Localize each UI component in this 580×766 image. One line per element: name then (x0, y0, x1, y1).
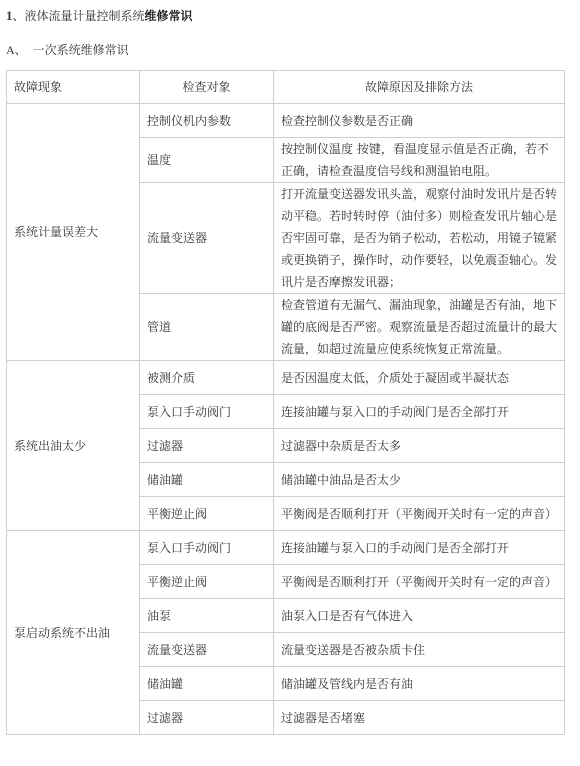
table-row: 系统出油太少 被测介质 是否因温度太低，介质处于凝固或半凝状态 (7, 361, 565, 395)
header-check-object: 检查对象 (140, 71, 274, 104)
symptom-cell: 系统出油太少 (7, 361, 140, 531)
check-object-cell: 泵入口手动阀门 (140, 395, 274, 429)
check-object-cell: 流量变送器 (140, 633, 274, 667)
method-cell: 检查控制仪参数是否正确 (274, 104, 565, 138)
method-cell: 过滤器中杂质是否太多 (274, 429, 565, 463)
method-cell: 打开流量变送器发讯头盖，观察付油时发讯片是否转动平稳。若时转时停（油付多）则检查… (274, 183, 565, 294)
method-cell: 储油罐中油品是否太少 (274, 463, 565, 497)
method-cell: 按控制仪温度 按键，看温度显示值是否正确，若不正确，请检查温度信号线和测温铂电阻… (274, 138, 565, 183)
check-object-cell: 流量变送器 (140, 183, 274, 294)
section-heading: 1、液体流量计量控制系统维修常识 (6, 6, 193, 26)
check-object-cell: 储油罐 (140, 463, 274, 497)
subsection-title: 一次系统维修常识 (33, 43, 129, 57)
check-object-cell: 管道 (140, 294, 274, 361)
check-object-cell: 温度 (140, 138, 274, 183)
check-object-cell: 被测介质 (140, 361, 274, 395)
subsection-letter: A、 (6, 43, 27, 57)
method-cell: 是否因温度太低，介质处于凝固或半凝状态 (274, 361, 565, 395)
method-cell: 油泵入口是否有气体进入 (274, 599, 565, 633)
check-object-cell: 平衡逆止阀 (140, 565, 274, 599)
check-object-cell: 过滤器 (140, 701, 274, 735)
method-cell: 储油罐及管线内是否有油 (274, 667, 565, 701)
method-cell: 检查管道有无漏气、漏油现象，油罐是否有油，地下罐的底阀是否严密。观察流量是否超过… (274, 294, 565, 361)
method-cell: 过滤器是否堵塞 (274, 701, 565, 735)
maintenance-table: 故障现象 检查对象 故障原因及排除方法 系统计量误差大 控制仪机内参数 检查控制… (6, 70, 565, 735)
section-heading-normal: 液体流量计量控制系统 (25, 9, 145, 23)
method-cell: 平衡阀是否顺利打开（平衡阀开关时有一定的声音） (274, 497, 565, 531)
method-cell: 连接油罐与泵入口的手动阀门是否全部打开 (274, 531, 565, 565)
table-header-row: 故障现象 检查对象 故障原因及排除方法 (7, 71, 565, 104)
section-separator: 、 (13, 9, 25, 23)
check-object-cell: 控制仪机内参数 (140, 104, 274, 138)
method-cell: 流量变送器是否被杂质卡住 (274, 633, 565, 667)
check-object-cell: 储油罐 (140, 667, 274, 701)
check-object-cell: 油泵 (140, 599, 274, 633)
symptom-cell: 泵启动系统不出油 (7, 531, 140, 735)
symptom-cell: 系统计量误差大 (7, 104, 140, 361)
table-row: 系统计量误差大 控制仪机内参数 检查控制仪参数是否正确 (7, 104, 565, 138)
check-object-cell: 平衡逆止阀 (140, 497, 274, 531)
check-object-cell: 过滤器 (140, 429, 274, 463)
header-cause-method: 故障原因及排除方法 (274, 71, 565, 104)
method-cell: 连接油罐与泵入口的手动阀门是否全部打开 (274, 395, 565, 429)
check-object-cell: 泵入口手动阀门 (140, 531, 274, 565)
header-symptom: 故障现象 (7, 71, 140, 104)
section-heading-bold: 维修常识 (145, 9, 193, 23)
method-cell: 平衡阀是否顺利打开（平衡阀开关时有一定的声音） (274, 565, 565, 599)
subsection-heading: A、一次系统维修常识 (6, 40, 129, 60)
table-row: 泵启动系统不出油 泵入口手动阀门 连接油罐与泵入口的手动阀门是否全部打开 (7, 531, 565, 565)
